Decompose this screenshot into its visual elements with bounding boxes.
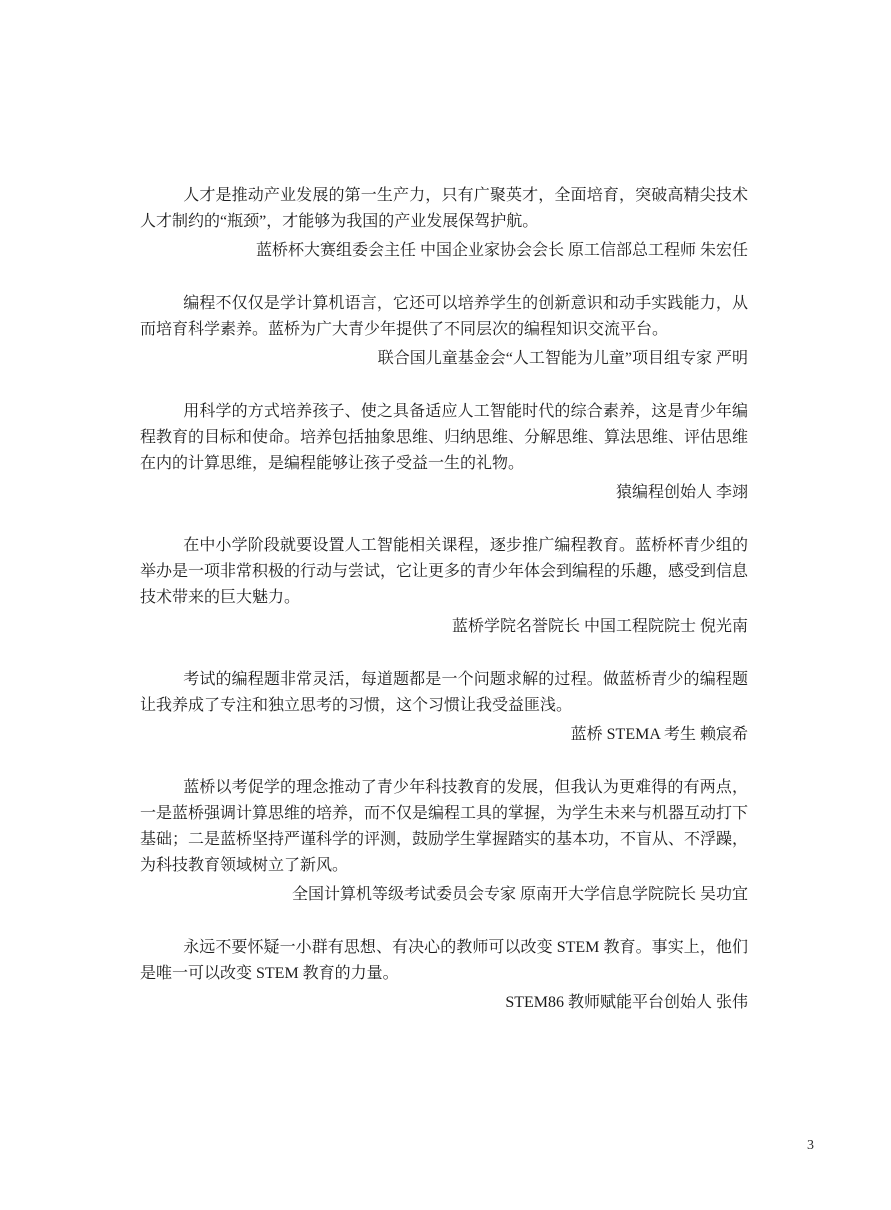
testimonial-block-6: 蓝桥以考促学的理念推动了青少年科技教育的发展，但我认为更难得的有两点，一是蓝桥强… xyxy=(140,775,748,908)
testimonial-block-3: 用科学的方式培养孩子、使之具备适应人工智能时代的综合素养，这是青少年编程教育的目… xyxy=(140,399,748,506)
testimonial-attribution: 全国计算机等级考试委员会专家 原南开大学信息学院院长 吴功宜 xyxy=(140,882,748,908)
testimonial-quote: 蓝桥以考促学的理念推动了青少年科技教育的发展，但我认为更难得的有两点，一是蓝桥强… xyxy=(140,775,748,879)
testimonial-attribution: 猿编程创始人 李翊 xyxy=(140,480,748,506)
page-number: 3 xyxy=(807,1136,814,1156)
testimonial-quote: 人才是推动产业发展的第一生产力，只有广聚英才，全面培育，突破高精尖技术人才制约的… xyxy=(140,183,748,235)
testimonial-block-7: 永远不要怀疑一小群有思想、有决心的教师可以改变 STEM 教育。事实上，他们是唯… xyxy=(140,935,748,1016)
testimonial-block-5: 考试的编程题非常灵活，每道题都是一个问题求解的过程。做蓝桥青少的编程题让我养成了… xyxy=(140,667,748,748)
testimonial-attribution: 蓝桥学院名誉院长 中国工程院院士 倪光南 xyxy=(140,614,748,640)
testimonial-attribution: 蓝桥杯大赛组委会主任 中国企业家协会会长 原工信部总工程师 朱宏任 xyxy=(140,238,748,264)
testimonial-attribution: 联合国儿童基金会“人工智能为儿童”项目组专家 严明 xyxy=(140,346,748,372)
testimonial-quote: 在中小学阶段就要设置人工智能相关课程，逐步推广编程教育。蓝桥杯青少组的举办是一项… xyxy=(140,533,748,611)
testimonial-quote: 编程不仅仅是学计算机语言，它还可以培养学生的创新意识和动手实践能力，从而培育科学… xyxy=(140,291,748,343)
testimonial-quote: 永远不要怀疑一小群有思想、有决心的教师可以改变 STEM 教育。事实上，他们是唯… xyxy=(140,935,748,987)
testimonial-attribution: STEM86 教师赋能平台创始人 张伟 xyxy=(140,990,748,1016)
testimonial-quote: 用科学的方式培养孩子、使之具备适应人工智能时代的综合素养，这是青少年编程教育的目… xyxy=(140,399,748,477)
testimonials-list: 人才是推动产业发展的第一生产力，只有广聚英才，全面培育，突破高精尖技术人才制约的… xyxy=(140,183,748,1043)
testimonial-block-4: 在中小学阶段就要设置人工智能相关课程，逐步推广编程教育。蓝桥杯青少组的举办是一项… xyxy=(140,533,748,640)
testimonial-block-2: 编程不仅仅是学计算机语言，它还可以培养学生的创新意识和动手实践能力，从而培育科学… xyxy=(140,291,748,372)
testimonial-quote: 考试的编程题非常灵活，每道题都是一个问题求解的过程。做蓝桥青少的编程题让我养成了… xyxy=(140,667,748,719)
testimonial-attribution: 蓝桥 STEMA 考生 赖宸希 xyxy=(140,722,748,748)
testimonial-block-1: 人才是推动产业发展的第一生产力，只有广聚英才，全面培育，突破高精尖技术人才制约的… xyxy=(140,183,748,264)
